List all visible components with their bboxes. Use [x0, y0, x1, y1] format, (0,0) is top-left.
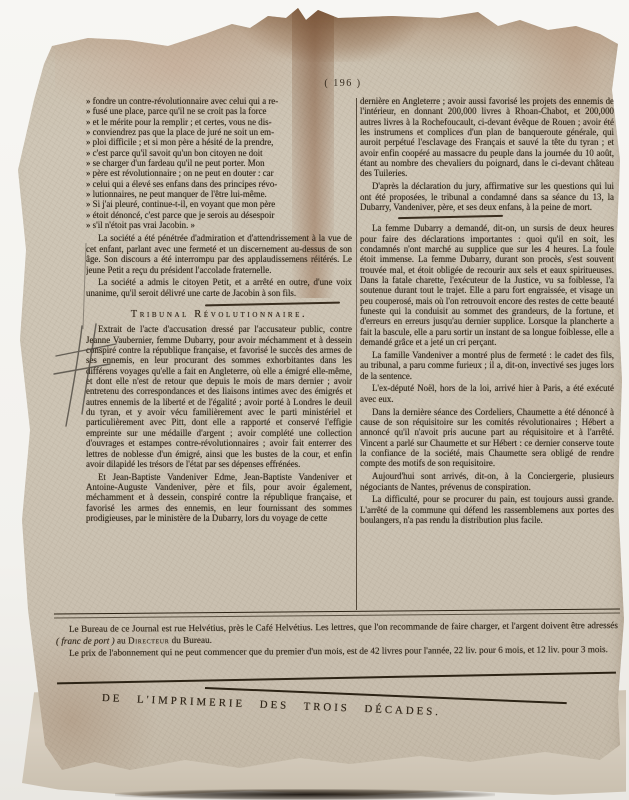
quote-line: » celui qui a élevé ses enfans dans des … — [86, 179, 352, 189]
section-heading: Tribunal Révolutionnaire. — [86, 310, 352, 320]
printer-imprint: DE L'IMPRIMERIE DES TROIS DÉCADES. — [102, 692, 582, 724]
sheet-gap-shadow — [115, 789, 495, 800]
two-column-text: » fondre un contre-révolutionnaire avec … — [86, 96, 614, 616]
subscription-price: Le prix de l'abonnement qui ne peut comm… — [56, 643, 618, 659]
bureau-text: au — [115, 636, 128, 646]
paragraph-noel: L'ex-député Noël, hors de la loi, arrivé… — [360, 383, 614, 404]
quote-line: » Si j'ai pleuré, continue-t-il, en voya… — [86, 199, 352, 209]
bureau-text: du Bureau. — [169, 635, 212, 645]
paragraph-continuation: dernière en Angleterre ; avoir aussi fav… — [360, 96, 614, 179]
franc-de-port-italic: ( franc de port ) — [56, 636, 115, 646]
paragraph-vandeniver-family: La famille Vandeniver a montré plus de f… — [360, 350, 614, 381]
paragraph-cordeliers: Dans la dernière séance des Cordeliers, … — [360, 407, 614, 469]
section-divider — [205, 302, 340, 307]
printed-content: ( 196 ) » fondre un contre-révolutionnai… — [0, 0, 629, 800]
paragraph-bread: La difficulté, pour se procurer du pain,… — [360, 494, 614, 525]
directeur-smallcaps: Directeur — [128, 635, 169, 645]
footer-notice: Le Bureau de ce Journal est rue Helvétiu… — [56, 619, 618, 660]
paragraph-verdict: D'après la déclaration du jury, affirmat… — [360, 181, 614, 212]
quote-line: » s'il n'étoit pas vrai Jacobin. » — [86, 220, 352, 230]
paragraph-admiration: La société a été pénétrée d'admiration e… — [86, 233, 352, 274]
paragraph-vandeniver: Et Jean-Baptiste Vandeniver Edme, Jean-B… — [86, 472, 352, 524]
footer-bottom-rule — [57, 672, 616, 684]
quote-line: » étoit dénoncé, c'est parce que je sero… — [86, 210, 352, 220]
quoted-speech-block: » fondre un contre-révolutionnaire avec … — [86, 96, 352, 230]
paragraph-execution: La femme Dubarry a demandé, dit-on, un s… — [360, 223, 614, 347]
quote-line: » fondre un contre-révolutionnaire avec … — [86, 96, 352, 106]
quote-line: » père est révolutionnaire ; on ne peut … — [86, 168, 352, 178]
paragraph-admission: La société a admis le citoyen Petit, et … — [86, 277, 352, 298]
quote-line: » fusé une place, parce qu'il ne se croi… — [86, 106, 352, 116]
right-column: dernière en Angleterre ; avoir aussi fav… — [360, 96, 614, 616]
page-number: ( 196 ) — [300, 78, 386, 89]
quote-line: » lutionnaires, ne peut manquer de l'êtr… — [86, 189, 352, 199]
newspaper-page: ( 196 ) » fondre un contre-révolutionnai… — [0, 0, 629, 800]
quote-line: » c'est parce qu'il savoit qu'un bon cit… — [86, 148, 352, 158]
scanned-newspaper-scene: ( 196 ) » fondre un contre-révolutionnai… — [0, 0, 629, 800]
paragraph-conciergerie: Aujourd'hui sont arrivés, dit-on, à la C… — [360, 471, 614, 492]
paragraph-accusation: Extrait de l'acte d'accusation dressé pa… — [86, 324, 352, 469]
section-divider — [398, 215, 503, 219]
quote-line: » et le mérite pour la remplir ; et cert… — [86, 117, 352, 127]
quote-line: » se charger d'un fardeau qu'il ne peut … — [86, 158, 352, 168]
quote-line: » ploi difficile ; et si mon père a hési… — [86, 137, 352, 147]
column-rule — [356, 98, 357, 610]
quote-line: » conviendrez pas que la place de juré n… — [86, 127, 352, 137]
bureau-text: Le Bureau de ce Journal est rue Helvétiu… — [69, 620, 618, 634]
left-column: » fondre un contre-révolutionnaire avec … — [86, 96, 352, 616]
handwritten-hash-mark — [52, 322, 124, 430]
